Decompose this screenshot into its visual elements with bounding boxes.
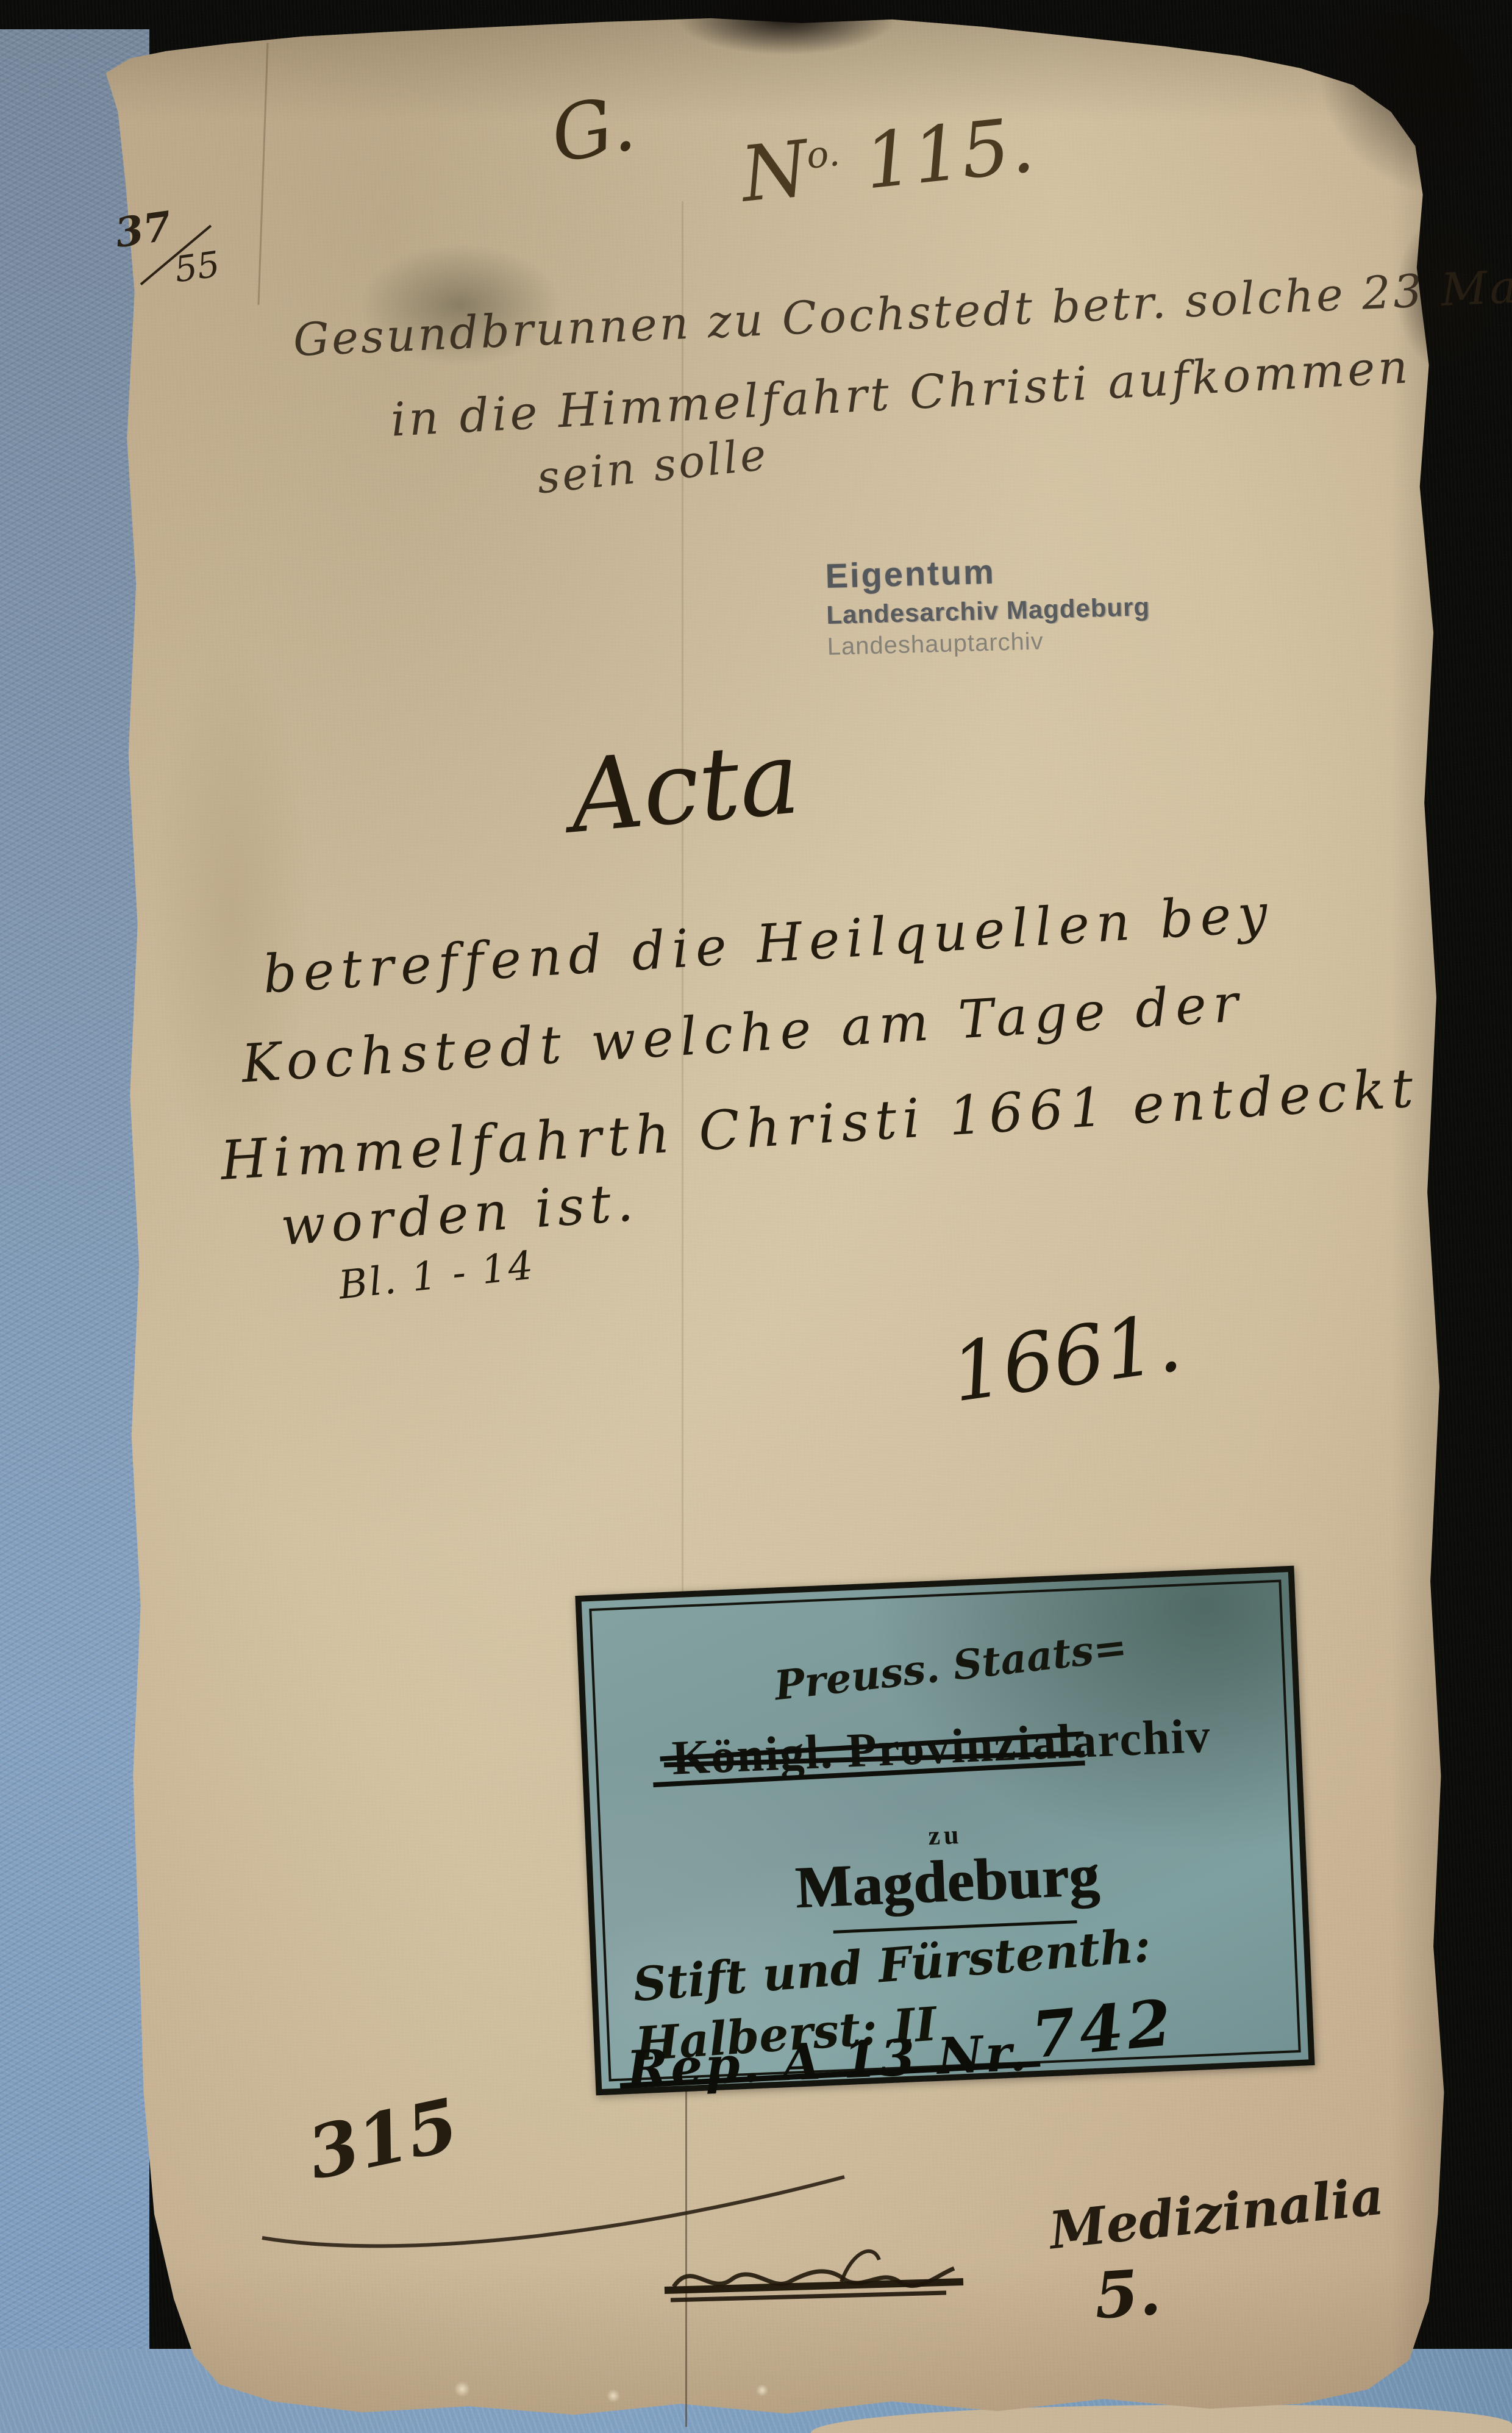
archive-label: Preuss. Staats= Königl. Provinzial archi… [575,1566,1314,2096]
folio-fraction: 37 55 [112,194,241,313]
signature-prefix: Rep. A 13 Nr. [626,2024,1030,2099]
scanned-archive-cover: G. No. 115. 37 55 Gesundbrunnen zu Cochs… [0,0,1512,2433]
fraction-numerator: 37 [112,202,174,257]
crossed-out-word [658,2226,988,2329]
series-number: 5. [1092,2254,1163,2333]
label-name-suffix: archiv [1071,1709,1212,1768]
shelfmark-number-value: 115. [860,101,1038,206]
ownership-stamp: Eigentum Landesarchiv Magdeburg Landesha… [825,548,1151,661]
stamp-line-2: Landesarchiv Magdeburg [826,592,1150,630]
shelfmark-letter: G. [544,79,641,180]
shelfmark-number-prefix: N [737,124,813,220]
acta-heading: Acta [565,719,804,856]
stamp-line-1: Eigentum [825,548,1149,596]
shelfmark-number-sup: o. [804,132,841,177]
fraction-denominator: 55 [172,243,223,291]
cloth-backing-left [0,29,149,2433]
signature-number: 742 [1028,1985,1178,2073]
